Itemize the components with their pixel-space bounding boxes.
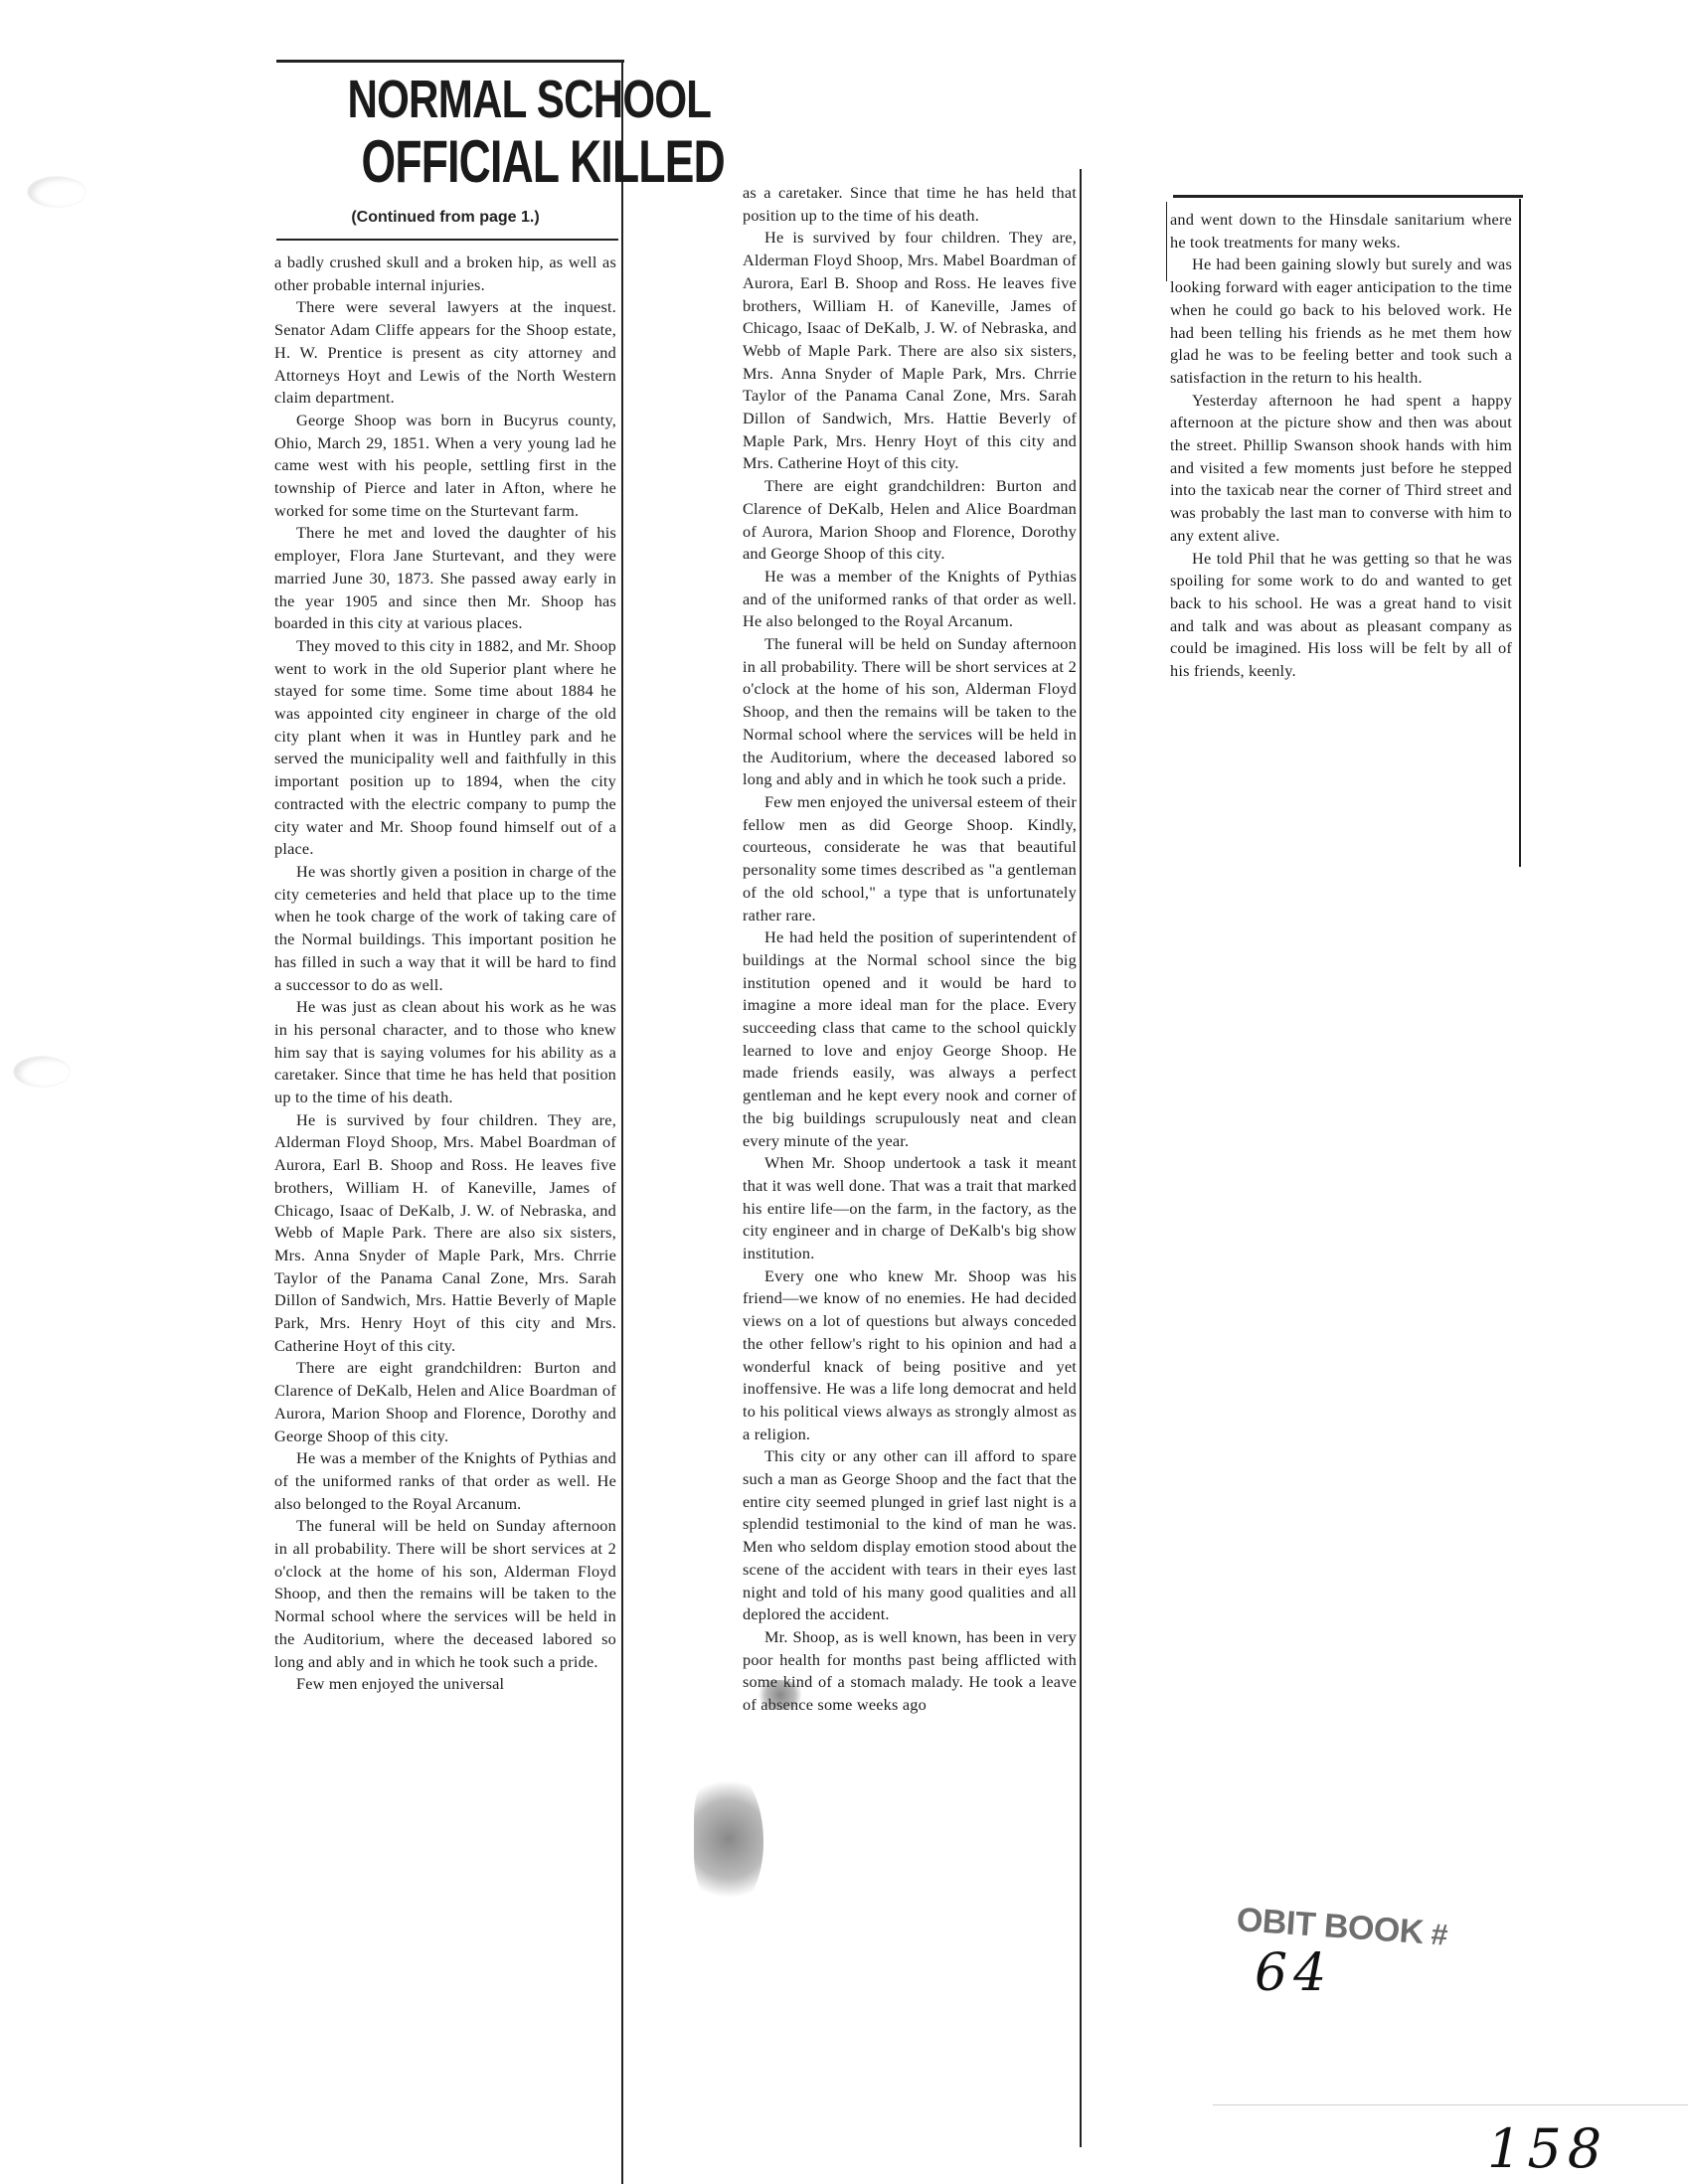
article-paragraph: He was just as clean about his work as h…: [274, 996, 616, 1109]
continued-note: (Continued from page 1.): [270, 209, 620, 227]
headline-rule: [276, 239, 618, 241]
article-paragraph: The funeral will be held on Sunday after…: [274, 1515, 616, 1673]
article-paragraph: He is survived by four children. They ar…: [743, 227, 1077, 475]
stamp-hash: #: [1430, 1919, 1447, 1952]
column-rule-2: [1080, 169, 1082, 2147]
article-paragraph: He was shortly given a position in charg…: [274, 861, 616, 996]
article-paragraph: as a caretaker. Since that time he has h…: [743, 182, 1077, 227]
article-paragraph: Few men enjoyed the universal esteem of …: [743, 791, 1077, 926]
article-paragraph: Every one who knew Mr. Shoop was his fri…: [743, 1265, 1077, 1446]
handwritten-page-number: 158: [1487, 2117, 1607, 2180]
article-paragraph: There were several lawyers at the inques…: [274, 296, 616, 410]
headline: NORMAL SCHOOL OFFICIAL KILLED: [270, 70, 620, 195]
article-paragraph: When Mr. Shoop undertook a task it meant…: [743, 1152, 1077, 1265]
ink-smudge: [694, 1769, 763, 1909]
article-paragraph: Few men enjoyed the universal: [274, 1673, 616, 1696]
column-rule-3: [1519, 199, 1521, 867]
article-column-1: a badly crushed skull and a broken hip, …: [274, 252, 616, 1696]
headline-line-2: OFFICIAL KILLED: [362, 129, 620, 195]
article-column-2: as a caretaker. Since that time he has h…: [743, 182, 1077, 1717]
article-paragraph: George Shoop was born in Bucyrus county,…: [274, 410, 616, 523]
article-paragraph: Yesterday afternoon he had spent a happy…: [1170, 390, 1512, 548]
article-column-3: and went down to the Hinsdale sanitarium…: [1170, 209, 1512, 683]
binder-hole-top: [28, 177, 85, 207]
handwritten-book-number: 64: [1255, 1943, 1332, 2003]
column-rule-1: [621, 60, 623, 2184]
article-paragraph: and went down to the Hinsdale sanitarium…: [1170, 209, 1512, 253]
article-paragraph: There are eight grandchildren: Burton an…: [274, 1357, 616, 1447]
article-paragraph: He had held the position of superintende…: [743, 926, 1077, 1152]
article-paragraph: The funeral will be held on Sunday after…: [743, 633, 1077, 791]
ink-smudge: [756, 1680, 805, 1710]
article-paragraph: He was a member of the Knights of Pythia…: [274, 1447, 616, 1515]
clipping-top-rule: [276, 60, 624, 63]
article-paragraph: He had been gaining slowly but surely an…: [1170, 253, 1512, 389]
clipping-3-top-rule: [1173, 195, 1523, 198]
scan-line: [1213, 2104, 1688, 2105]
article-paragraph: They moved to this city in 1882, and Mr.…: [274, 635, 616, 861]
article-paragraph: There are eight grandchildren: Burton an…: [743, 475, 1077, 566]
article-paragraph: This city or any other can ill afford to…: [743, 1445, 1077, 1626]
article-paragraph: He was a member of the Knights of Pythia…: [743, 566, 1077, 633]
article-paragraph: He is survived by four children. They ar…: [274, 1109, 616, 1358]
headline-line-1: NORMAL SCHOOL: [347, 70, 620, 129]
binder-hole-bottom: [14, 1057, 70, 1087]
article-paragraph: He told Phil that he was getting so that…: [1170, 548, 1512, 683]
article-paragraph: a badly crushed skull and a broken hip, …: [274, 252, 616, 296]
clipping-3-left-rule: [1166, 202, 1167, 281]
article-paragraph: There he met and loved the daughter of h…: [274, 522, 616, 635]
